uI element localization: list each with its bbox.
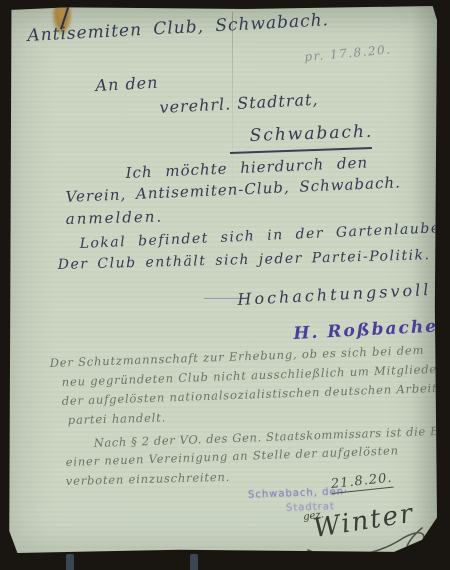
- stamp-handwritten-date: 21.8.20.: [330, 471, 393, 494]
- letter-paper: Antisemiten Club, Schwabach. pr. 17.8.20…: [8, 6, 437, 553]
- body-line-3: anmelden.: [66, 207, 164, 228]
- body-line-2: Verein, Antisemiten-Club, Schwabach.: [65, 173, 401, 206]
- holder-tab-right: [190, 554, 198, 570]
- address-line-3: Schwabach.: [249, 122, 373, 146]
- address-underline: [230, 147, 372, 153]
- received-date-note: pr. 17.8.20.: [304, 42, 392, 64]
- annotation-bottom-line-3: verboten einzuschreiten.: [66, 470, 231, 488]
- signature-flourish: [304, 506, 444, 562]
- scanned-letter-photo: Antisemiten Club, Schwabach. pr. 17.8.20…: [0, 0, 450, 570]
- sender-signature: H. Roßbacher: [293, 316, 450, 344]
- address-line-2: verehrl. Stadtrat,: [159, 90, 319, 117]
- letterhead: Antisemiten Club, Schwabach.: [27, 10, 329, 46]
- body-line-5: Der Club enthält sich jeder Partei-Polit…: [58, 247, 431, 273]
- annotation-top-line-4: partei handelt.: [68, 410, 167, 427]
- ink-stroke: [204, 298, 240, 299]
- address-line-1: An den: [95, 73, 159, 95]
- closing-line: Hochachtungsvoll: [237, 280, 432, 309]
- holder-tab-left: [66, 554, 74, 570]
